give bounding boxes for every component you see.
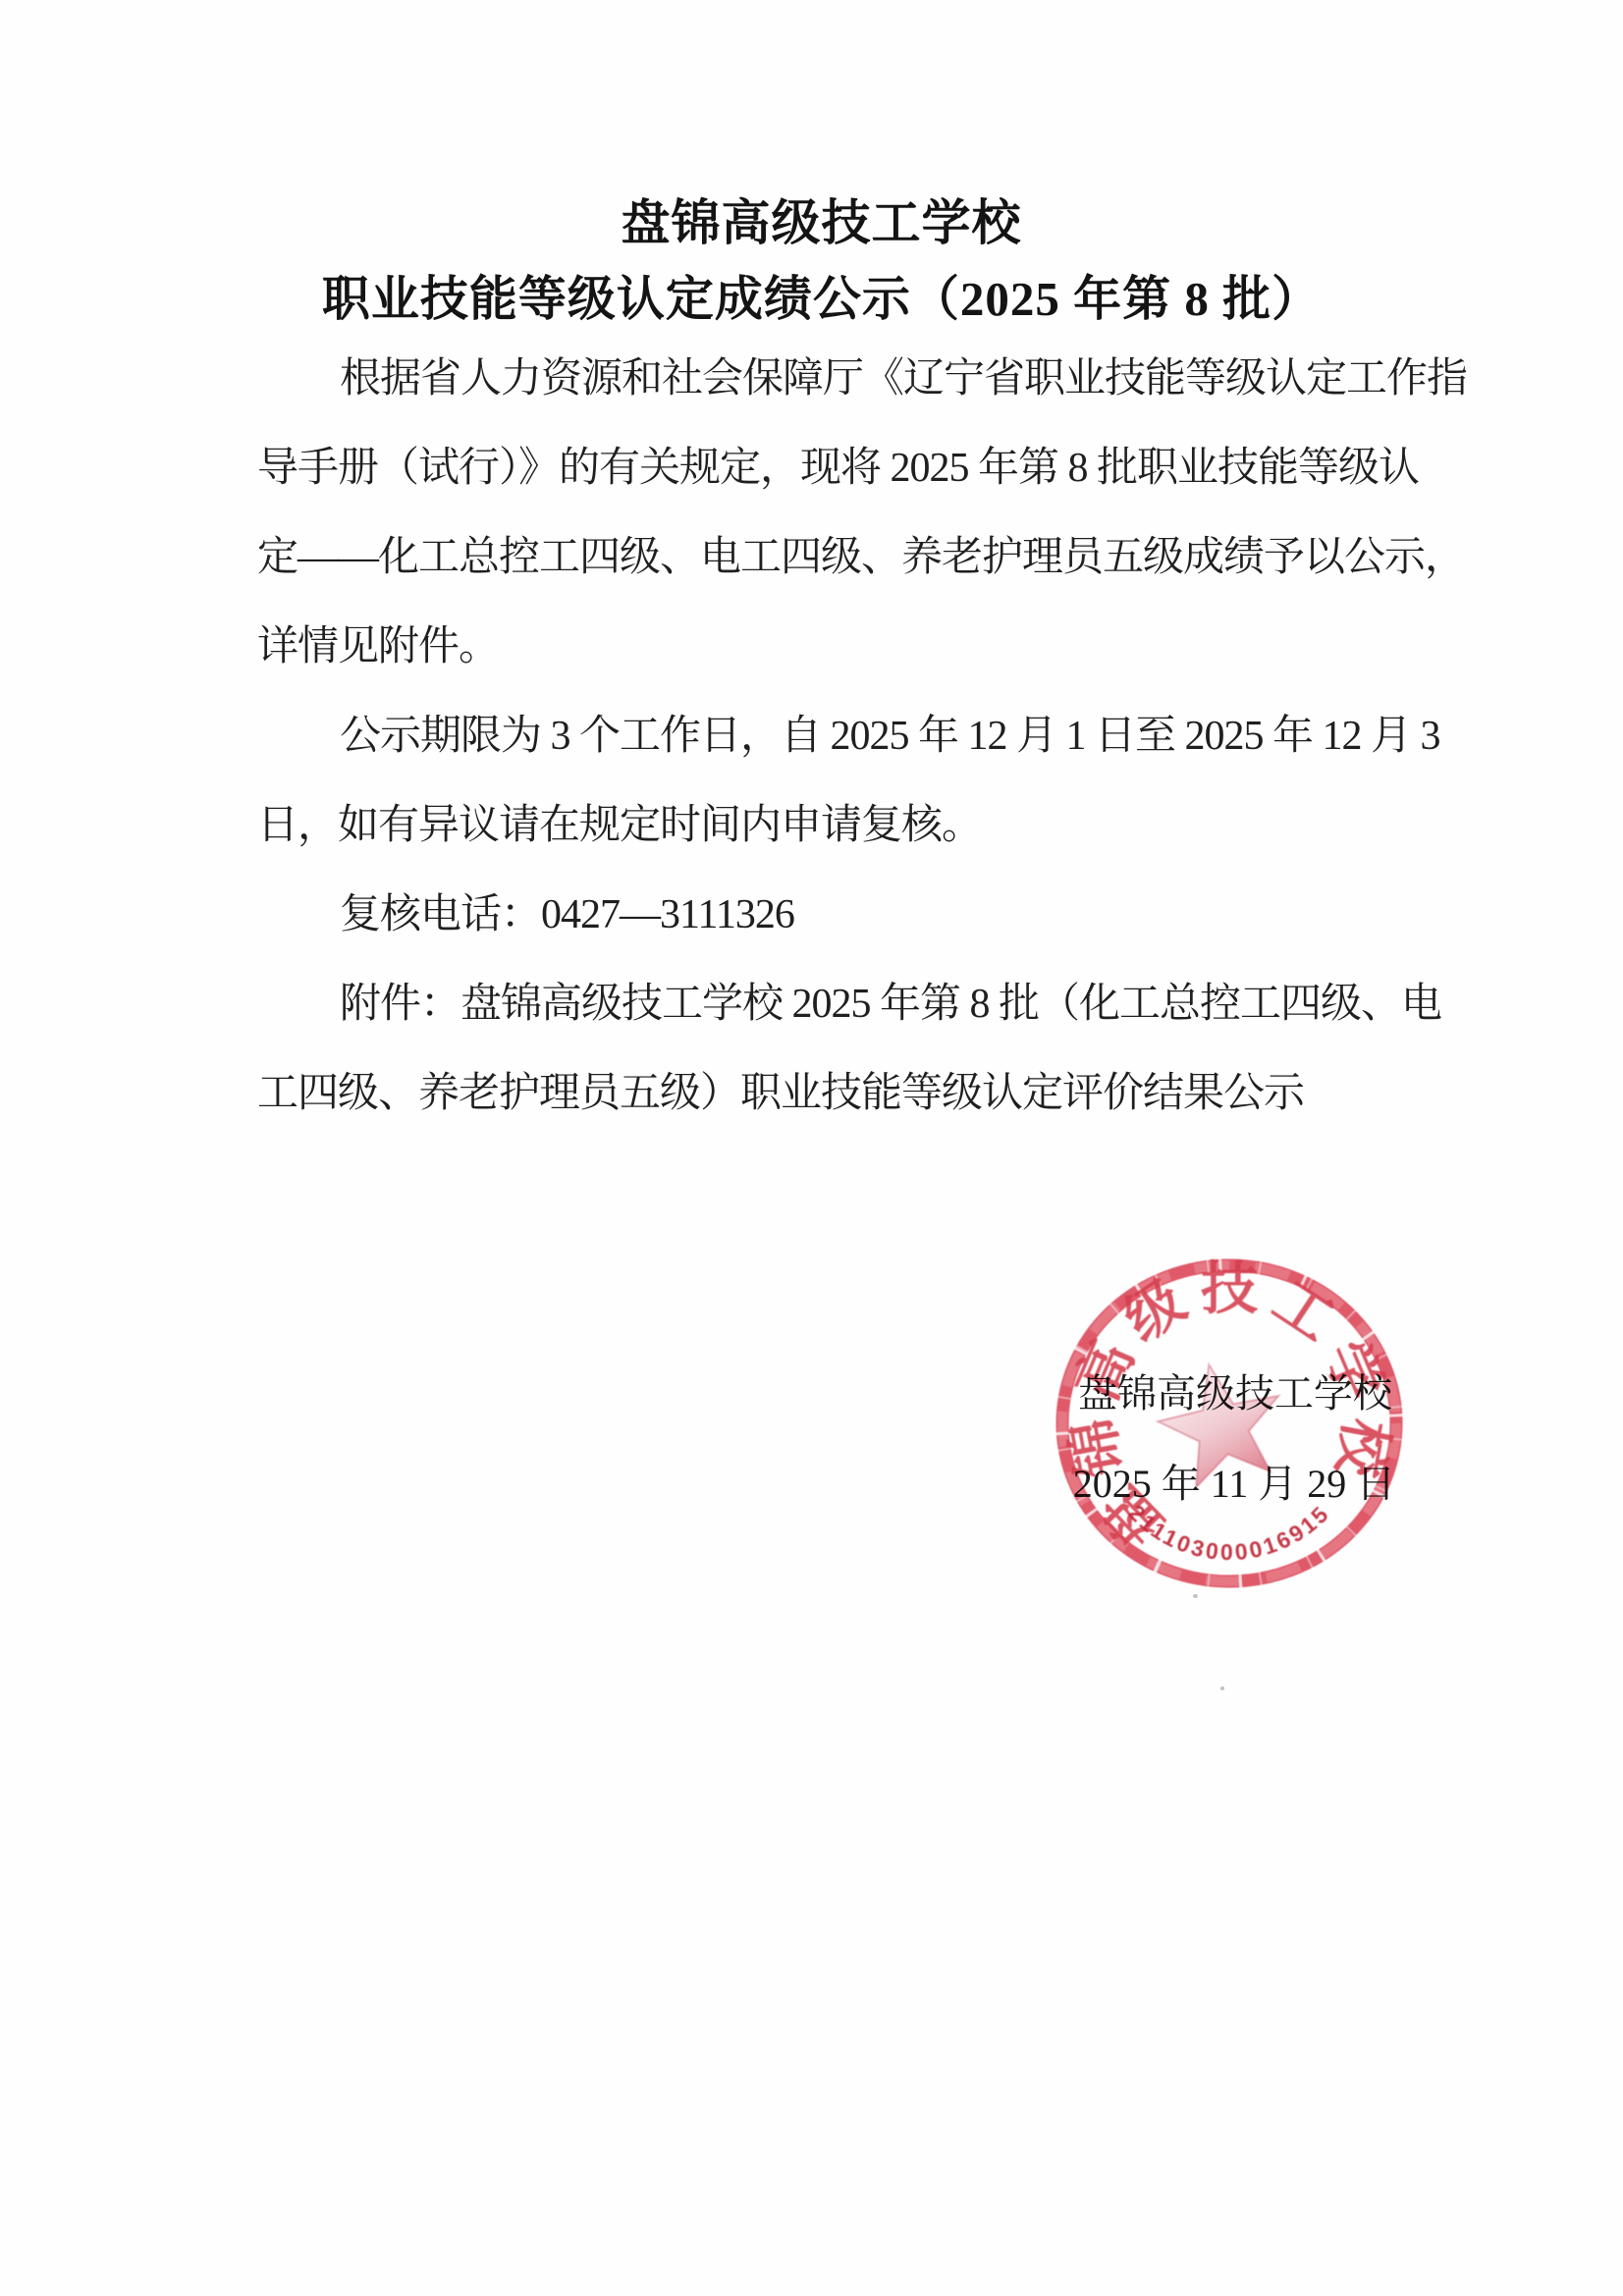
document-page: 盘锦高级技工学校 职业技能等级认定成绩公示（2025 年第 8 批） 根据省人力…: [0, 0, 1623, 2296]
body-line: 复核电话：0427—3111326: [257, 871, 1426, 960]
svg-text:工: 工: [1263, 1268, 1345, 1353]
document-body: 根据省人力资源和社会保障厅《辽宁省职业技能等级认定工作指 导手册（试行）》的有关…: [257, 335, 1426, 1139]
document-title: 盘锦高级技工学校: [0, 192, 1623, 253]
svg-text:级: 级: [1113, 1268, 1196, 1353]
body-line: 根据省人力资源和社会保障厅《辽宁省职业技能等级认定工作指: [257, 335, 1426, 424]
body-line: 日，如有异议请在规定时间内申请复核。: [257, 781, 1426, 871]
official-seal-icon: 盘锦高级技工学校 211103000016915: [1053, 1247, 1406, 1600]
svg-text:校: 校: [1325, 1415, 1398, 1484]
svg-text:技: 技: [1201, 1256, 1258, 1320]
document-subtitle: 职业技能等级认定成绩公示（2025 年第 8 批）: [0, 267, 1623, 332]
svg-text:学: 学: [1313, 1332, 1394, 1410]
svg-text:高: 高: [1064, 1332, 1146, 1410]
body-line: 详情见附件。: [257, 603, 1426, 692]
seal-star-icon: [1158, 1364, 1278, 1487]
svg-text:锦: 锦: [1060, 1415, 1133, 1482]
scan-speck: [1220, 1686, 1224, 1690]
body-line: 公示期限为 3 个工作日，自 2025 年 12 月 1 日至 2025 年 1…: [257, 692, 1426, 781]
body-line: 导手册（试行）》的有关规定，现将 2025 年第 8 批职业技能等级认: [257, 424, 1426, 513]
body-line: 附件：盘锦高级技工学校 2025 年第 8 批（化工总控工四级、电: [257, 960, 1426, 1049]
body-line: 工四级、养老护理员五级）职业技能等级认定评价结果公示: [257, 1049, 1426, 1139]
body-line: 定——化工总控工四级、电工四级、养老护理员五级成绩予以公示，: [257, 513, 1426, 603]
